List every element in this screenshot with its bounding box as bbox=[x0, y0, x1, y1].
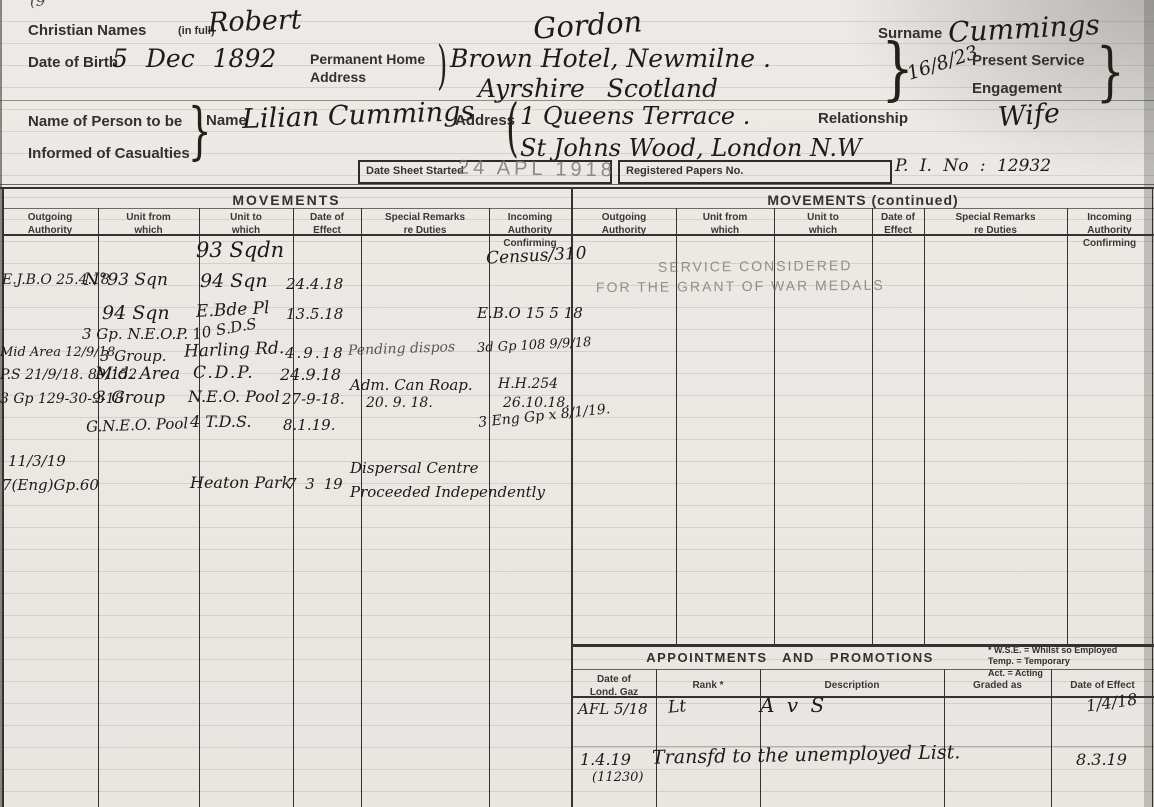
right-col-header-unit-to: Unit to which bbox=[774, 211, 872, 237]
movement-entry: 94 Sqn bbox=[102, 302, 170, 324]
left-col-header-unit-from: Unit from which bbox=[98, 211, 199, 237]
right-table-right-border bbox=[1152, 187, 1153, 807]
appointment-cell: A v S bbox=[760, 693, 824, 717]
movement-entry: C.D.P. bbox=[193, 363, 255, 383]
right-col-header-incoming: Incoming Authority Confirming bbox=[1067, 211, 1152, 250]
header-divider bbox=[0, 100, 1154, 101]
movement-entry: 20. 9. 18. bbox=[366, 395, 433, 411]
movement-entry: Mid. Area bbox=[95, 364, 180, 384]
movement-entry: E.B.O 15 5 18 bbox=[477, 304, 583, 322]
left-col-line-4 bbox=[361, 208, 362, 807]
movement-entry: 27-9-18. bbox=[282, 390, 345, 408]
appointments-footnote: * W.S.E. = Whilst so Employed Temp. = Te… bbox=[988, 645, 1117, 679]
present-service-brace: } bbox=[1096, 40, 1125, 104]
left-col-line-2 bbox=[199, 208, 200, 807]
left-col-header-date: Date of Effect bbox=[293, 211, 361, 237]
left-col-header-unit-to: Unit to which bbox=[199, 211, 293, 237]
right-col-line-4 bbox=[924, 208, 925, 645]
appointments-header-underline bbox=[572, 696, 1154, 698]
table-top-line-1 bbox=[0, 184, 1154, 185]
christian-names-label: Christian Names bbox=[28, 22, 146, 39]
engagement-date-value: 16/8/23 bbox=[904, 41, 980, 85]
date-of-birth-label: Date of Birth bbox=[28, 54, 118, 71]
left-col-header-outgoing: Outgoing Authority bbox=[2, 211, 98, 237]
movement-entry: Mid Area 12/9/18 bbox=[0, 345, 115, 360]
nok-name-value: Lilian Cummings bbox=[242, 96, 475, 135]
appt-header-rank: Rank * bbox=[656, 679, 760, 692]
table-center-border bbox=[571, 187, 573, 807]
relationship-value: Wife bbox=[997, 98, 1061, 133]
casualties-label: Name of Person to be Informed of Casualt… bbox=[28, 106, 190, 169]
left-col-header-remarks: Special Remarks re Duties bbox=[361, 211, 489, 237]
middle-name-value: Gordon bbox=[532, 4, 643, 46]
right-col-line-5 bbox=[1067, 208, 1068, 645]
movement-entry: Pending dispos bbox=[348, 339, 456, 359]
title-underline bbox=[2, 208, 1154, 209]
movement-entry: 3 Gp. N.E.O.P. bbox=[82, 325, 188, 343]
movement-entry: 24.9.18 bbox=[280, 365, 341, 384]
appt-header-description: Description bbox=[760, 679, 944, 692]
movement-entry: 3 Group. bbox=[100, 347, 167, 365]
nok-address-line1: 1 Queens Terrace . bbox=[520, 102, 750, 130]
right-col-header-remarks: Special Remarks re Duties bbox=[924, 211, 1067, 237]
date-sheet-started-label: Date Sheet Started bbox=[366, 165, 464, 177]
movement-entry: 7(Eng)Gp.60 bbox=[2, 476, 99, 494]
left-col-line-3 bbox=[293, 208, 294, 807]
war-medals-stamp-line2: FOR THE GRANT OF WAR MEDALS bbox=[596, 277, 885, 296]
home-address-label: Permanent Home Address bbox=[310, 50, 425, 86]
movement-entry: Adm. Can Roap. bbox=[350, 376, 473, 394]
movement-entry: N°93 Sqn bbox=[84, 270, 168, 290]
home-address-bracket: ) bbox=[437, 40, 447, 92]
right-col-header-unit-from: Unit from which bbox=[676, 211, 774, 237]
movement-entry: 4.9.18 bbox=[285, 344, 345, 362]
movement-entry: G.N.E.O. Pool bbox=[86, 414, 189, 436]
registered-papers-label: Registered Papers No. bbox=[626, 165, 743, 177]
appointment-cell: (11230) bbox=[592, 770, 644, 785]
appointment-cell: 1/4/18 bbox=[1085, 690, 1139, 716]
movement-entry: 8.1.19. bbox=[283, 416, 335, 434]
nok-name-label: Name bbox=[206, 112, 247, 129]
movement-entry: H.H.254 bbox=[498, 376, 558, 392]
engagement-label: Engagement bbox=[972, 80, 1062, 97]
right-col-header-date: Date of Effect bbox=[872, 211, 924, 237]
movement-entry: N.E.O. Pool bbox=[188, 387, 280, 406]
service-record-sheet: (9 Christian Names (in full) Robert Gord… bbox=[0, 0, 1154, 807]
appt-header-lond-gaz: Date of Lond. Gaz bbox=[572, 673, 656, 699]
casualties-brace: } bbox=[188, 100, 212, 162]
appointment-cell: 1.4.19 bbox=[580, 750, 631, 769]
corner-mark: (9 bbox=[30, 0, 45, 10]
right-col-header-outgoing: Outgoing Authority bbox=[572, 211, 676, 237]
movement-entry: 94 Sqn bbox=[200, 270, 268, 292]
christian-name-value: Robert bbox=[207, 4, 302, 38]
movement-entry: 3d Gp 108 9/9/18 bbox=[477, 335, 592, 356]
movement-entry: 4 T.D.S. bbox=[190, 412, 252, 431]
appointment-cell: Lt bbox=[667, 696, 687, 718]
appointments-title-underline bbox=[572, 669, 1154, 670]
movement-entry: 7 3 19 bbox=[287, 475, 343, 493]
appointment-cell: AFL 5/18 bbox=[578, 700, 648, 718]
relationship-label: Relationship bbox=[818, 110, 908, 127]
movement-entry: Proceeded Independently bbox=[350, 483, 545, 501]
movement-entry: Dispersal Centre bbox=[350, 459, 478, 477]
left-col-line-1 bbox=[98, 208, 99, 807]
movement-entry: 11/3/19 bbox=[8, 452, 66, 470]
present-service-label: Present Service bbox=[972, 52, 1085, 69]
right-col-line-3 bbox=[872, 208, 873, 645]
movement-entry: 13.5.18 bbox=[286, 305, 343, 323]
movement-entry: Harling Rd. bbox=[184, 338, 285, 361]
pi-number-value: P. I. No : 12932 bbox=[895, 156, 1051, 176]
appt-header-graded-as: Graded as bbox=[944, 679, 1051, 692]
nok-address-bracket: ( bbox=[506, 96, 518, 160]
table-top-line-2 bbox=[0, 187, 1154, 189]
movement-entry: 93 Sqdn bbox=[196, 238, 284, 262]
date-sheet-stamp: 24 APL 1918 bbox=[458, 157, 616, 183]
movements-continued-title: MOVEMENTS (continued) bbox=[572, 192, 1154, 208]
war-medals-stamp-line1: SERVICE CONSIDERED bbox=[658, 257, 853, 275]
date-of-birth-value: 5 Dec 1892 bbox=[112, 44, 276, 73]
movement-entry: 24.4.18 bbox=[286, 275, 343, 293]
movement-entry: 3 Group bbox=[95, 388, 165, 408]
movement-entry: Heaton Park bbox=[190, 473, 291, 492]
appointments-title: APPOINTMENTS AND PROMOTIONS bbox=[590, 650, 990, 665]
left-col-line-5 bbox=[489, 208, 490, 807]
appointment-cell: 8.3.19 bbox=[1076, 750, 1127, 769]
movements-title: MOVEMENTS bbox=[2, 192, 571, 208]
home-address-line1: Brown Hotel, Newmilne . bbox=[450, 44, 771, 73]
appointment-cell: Transfd to the unemployed List. bbox=[652, 741, 961, 768]
appt-header-date-effect: Date of Effect bbox=[1051, 679, 1154, 692]
